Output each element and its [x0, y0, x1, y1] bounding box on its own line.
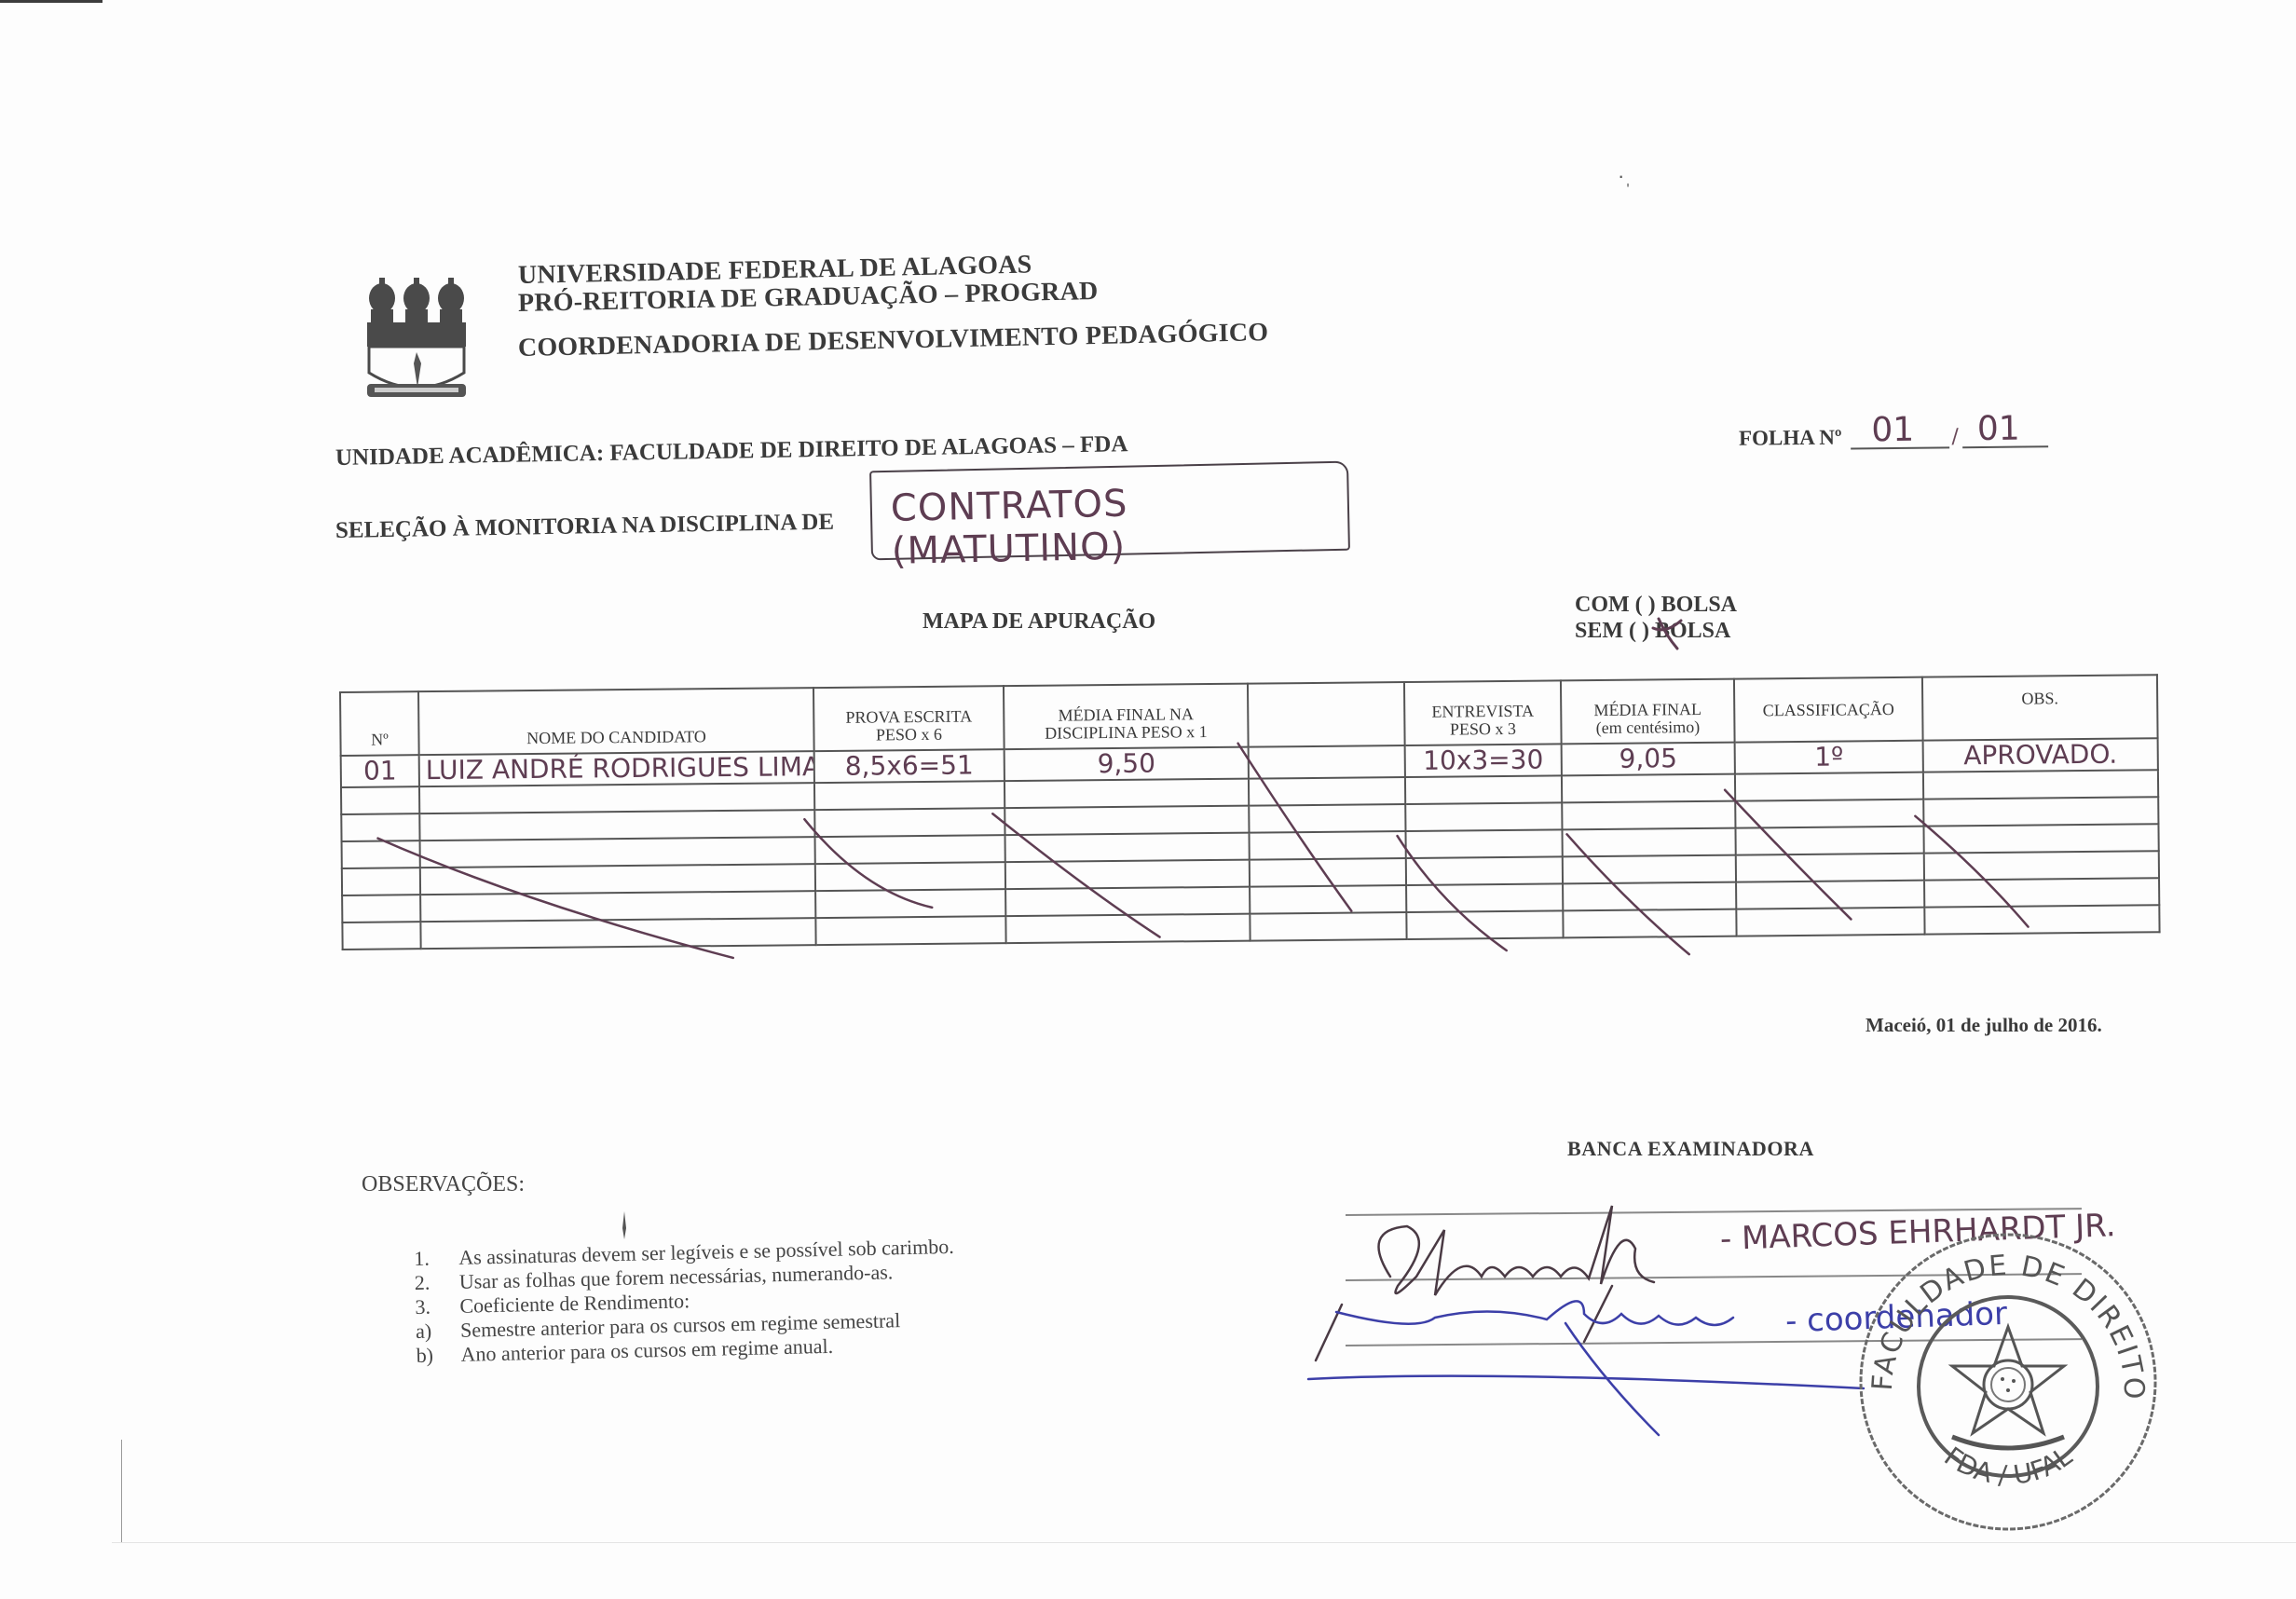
apuracao-table: Nº NOME DO CANDIDATO PROVA ESCRITAPESO x… — [339, 674, 2161, 950]
cell-numero[interactable]: 01 — [341, 755, 419, 787]
empty-cell[interactable] — [1924, 878, 2159, 907]
empty-cell[interactable] — [1924, 851, 2159, 880]
disciplina-box[interactable]: CONTRATOS (MATUTINO) — [869, 461, 1350, 561]
cell-blank[interactable] — [1249, 745, 1405, 779]
empty-cell[interactable] — [1406, 883, 1563, 912]
com-bolsa-option[interactable]: COM ( ) BOLSA — [1575, 593, 1737, 618]
empty-cell[interactable] — [815, 889, 1005, 918]
empty-cell[interactable] — [419, 783, 814, 813]
place-date: Maceió, 01 de julho de 2016. — [1865, 1014, 2102, 1037]
column-header: MÉDIA FINAL(em centésimo) — [1561, 679, 1735, 745]
empty-cell[interactable] — [341, 786, 419, 814]
empty-cell[interactable] — [815, 835, 1005, 864]
empty-cell[interactable] — [1005, 887, 1250, 917]
empty-cell[interactable] — [1923, 797, 2158, 826]
folha-separator: / — [1951, 425, 1959, 448]
banca-title: BANCA EXAMINADORA — [1567, 1137, 1814, 1161]
column-header: ENTREVISTAPESO x 3 — [1404, 680, 1562, 745]
empty-cell[interactable] — [1923, 824, 2158, 853]
empty-cell[interactable] — [420, 891, 815, 922]
mapa-title: MAPA DE APURAÇÃO — [922, 609, 1155, 635]
cell-media-disciplina[interactable]: 9,50 — [1004, 747, 1249, 782]
folha-label: FOLHA Nº — [1739, 426, 1842, 451]
empty-cell[interactable] — [1924, 905, 2159, 934]
empty-cell[interactable] — [1406, 856, 1563, 885]
empty-cell[interactable] — [1735, 799, 1923, 828]
column-header: MÉDIA FINAL NADISCIPLINA PESO x 1 — [1004, 684, 1249, 750]
scan-edge-line — [121, 1440, 122, 1542]
empty-cell[interactable] — [1562, 801, 1735, 830]
observacoes-list: 1.As assinaturas devem ser legíveis e se… — [414, 1235, 956, 1368]
empty-cell[interactable] — [1005, 860, 1250, 890]
empty-cell[interactable] — [1405, 829, 1562, 858]
empty-cell[interactable] — [1005, 833, 1250, 863]
empty-cell[interactable] — [815, 916, 1005, 945]
empty-cell[interactable] — [1563, 909, 1736, 938]
empty-cell[interactable] — [1736, 854, 1924, 882]
empty-cell[interactable] — [1005, 914, 1250, 944]
fda-ufal-stamp: FACULDADE DE DIREITO DE ALAGOAS FDA / UF… — [1854, 1228, 2162, 1536]
empty-cell[interactable] — [341, 813, 419, 841]
empty-cell[interactable] — [1004, 806, 1249, 836]
column-header: Nº — [340, 691, 419, 756]
folha-number-blank[interactable]: 01 — [1851, 420, 1949, 449]
cell-entrevista[interactable]: 10x3=30 — [1405, 744, 1562, 777]
empty-cell[interactable] — [1249, 804, 1405, 833]
ufal-coat-of-arms-icon — [362, 272, 471, 403]
column-header: NOME DO CANDIDATO — [418, 688, 814, 755]
apuracao-table-wrapper: Nº NOME DO CANDIDATO PROVA ESCRITAPESO x… — [339, 674, 2159, 1006]
ink-blot-icon — [619, 1211, 630, 1239]
ink-speck: ·ˌ — [1618, 164, 1632, 188]
cell-prova-escrita[interactable]: 8,5x6=51 — [814, 749, 1004, 783]
empty-cell[interactable] — [1004, 779, 1249, 809]
empty-cell[interactable] — [1250, 831, 1406, 860]
scan-edge-mark — [0, 0, 102, 3]
empty-cell[interactable] — [342, 868, 420, 895]
cell-media-final[interactable]: 9,05 — [1562, 743, 1735, 776]
empty-cell[interactable] — [1249, 777, 1405, 806]
empty-cell[interactable] — [1405, 802, 1562, 831]
empty-cell[interactable] — [1250, 858, 1406, 887]
svg-text:FACULDADE DE DIREITO DE ALAGOA: FACULDADE DE DIREITO DE ALAGOAS — [1854, 1228, 2150, 1401]
cell-nome[interactable]: LUIZ ANDRÉ RODRIGUES LIMA — [419, 751, 814, 786]
brazil-coat-of-arms-icon — [1952, 1327, 2064, 1448]
observacoes-title: OBSERVAÇÕES: — [362, 1172, 525, 1197]
empty-cell[interactable] — [814, 781, 1004, 810]
empty-cell[interactable] — [342, 840, 420, 868]
empty-cell[interactable] — [420, 837, 815, 868]
empty-cell[interactable] — [1735, 827, 1923, 855]
column-header: OBS. — [1922, 675, 2158, 740]
folha-total-blank[interactable]: 01 — [1962, 419, 2048, 448]
empty-cell[interactable] — [1406, 910, 1563, 939]
empty-cell[interactable] — [1562, 774, 1735, 803]
column-header-blank — [1248, 682, 1405, 747]
empty-cell[interactable] — [1250, 885, 1406, 914]
empty-cell[interactable] — [1250, 912, 1406, 941]
folha-total: 01 — [1977, 413, 2020, 446]
empty-cell[interactable] — [1563, 882, 1736, 911]
folha-number-field: FOLHA Nº 01 / 01 — [1739, 419, 2048, 450]
empty-cell[interactable] — [1563, 855, 1736, 884]
cell-classificacao[interactable]: 1º — [1735, 741, 1923, 774]
stamp-outer-text: FACULDADE DE DIREITO DE ALAGOAS — [1854, 1228, 2150, 1401]
column-header: CLASSIFICAÇÃO — [1734, 677, 1923, 743]
empty-cell[interactable] — [814, 808, 1004, 837]
disciplina-value: CONTRATOS (MATUTINO) — [890, 478, 1348, 573]
empty-cell[interactable] — [342, 922, 420, 950]
empty-cell[interactable] — [1736, 881, 1924, 909]
empty-cell[interactable] — [419, 810, 814, 840]
folha-number: 01 — [1871, 414, 1914, 447]
empty-cell[interactable] — [420, 864, 815, 895]
empty-cell[interactable] — [342, 895, 420, 922]
empty-cell[interactable] — [1562, 828, 1735, 857]
cell-obs[interactable]: APROVADO. — [1923, 738, 2158, 772]
empty-cell[interactable] — [1735, 772, 1923, 801]
checkmark-x-icon — [1649, 615, 1687, 652]
selecao-label: SELEÇÃO À MONITORIA NA DISCIPLINA DE — [335, 510, 834, 544]
column-header: PROVA ESCRITAPESO x 6 — [813, 686, 1004, 751]
empty-cell[interactable] — [1923, 770, 2158, 799]
empty-cell[interactable] — [420, 918, 815, 949]
scan-edge-line — [112, 1542, 2296, 1543]
empty-cell[interactable] — [815, 862, 1005, 891]
unidade-academica: UNIDADE ACADÊMICA: FACULDADE DE DIREITO … — [335, 431, 1128, 471]
coordenadoria-name: COORDENADORIA DE DESENVOLVIMENTO PEDAGÓG… — [518, 318, 1269, 363]
empty-cell[interactable] — [1736, 908, 1924, 936]
empty-cell[interactable] — [1405, 775, 1562, 804]
